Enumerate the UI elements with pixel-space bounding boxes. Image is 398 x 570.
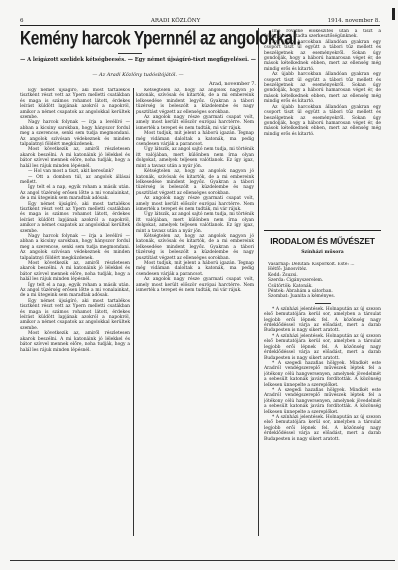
headline-rule (118, 53, 142, 54)
paragraph: * A szegedi hazafias hölgyek. Mindkét es… (264, 388, 381, 415)
article-column-3: Ime rövidke előkészítés után a tiszt a f… (264, 29, 381, 225)
paragraph: Úgy látszik, az angol sajtó nem tudja, m… (136, 147, 254, 169)
paragraph: Az angolok nagy része gyarmati csapat vo… (136, 277, 254, 293)
paragraph: Egy német újságíró, aki most tartalékos … (20, 202, 130, 234)
header-rule (20, 25, 380, 26)
paragraph: Nagy harcok folynak — írja a levélíró — … (20, 234, 130, 261)
article-headline: Kemény harcok Ypernnél az angolokkal. (20, 28, 256, 51)
paragraph: Az angolok nagy része gyarmati csapat vo… (136, 196, 254, 212)
paragraph: Ime rövidke előkészítés után a tiszt a f… (264, 29, 381, 40)
paragraph: Az újabb harcokban állandóan gyakran egy… (264, 72, 381, 104)
paragraph: Most következik az, amiről részletesen a… (20, 261, 130, 283)
paragraph: Az angolok nagy része gyarmati csapat vo… (136, 115, 254, 131)
paragraph: Most tudjuk, mit jelent a háború igazán.… (136, 131, 254, 147)
paragraph: — Hol van most a tiszt, akit keresünk? (20, 169, 130, 174)
paragraph: Egy német újságíró, aki most tartalékos … (20, 299, 130, 331)
section-title: IRODALOM ÉS MŰVÉSZET (264, 236, 381, 246)
paragraph: Kétségtelen az, hogy az angolok nagyon j… (136, 169, 254, 196)
paragraph: Kétségtelen az, hogy az angolok nagyon j… (136, 234, 254, 261)
paragraph: Úgy látszik, az angol sajtó nem tudja, m… (136, 212, 254, 234)
section-subtitle: Színházi műsora (264, 250, 381, 255)
newspaper-page: 6 ARADI KÖZLÖNY 1914. november 8. Kemény… (0, 0, 398, 570)
paragraph: Most tudjuk, mit jelent a háború igazán.… (136, 261, 254, 277)
article-column-2: Kétségtelen az, hogy az angolok nagyon j… (136, 88, 254, 536)
theater-program: Vasárnap: Délután: Kispörkölt. Este: ...… (264, 262, 381, 300)
page-bottom-edge (10, 560, 395, 561)
column-rule (258, 28, 259, 536)
paragraph: Most következik az, amiről részletesen a… (20, 331, 130, 353)
article-byline: — Az Aradi Közlöny tudósítójától. — (20, 72, 256, 78)
column-rule (133, 88, 134, 536)
issue-date: 1914. november 8. (328, 18, 380, 24)
paragraph: Egy német újságíró, aki most tartalékos … (20, 88, 130, 120)
paragraph: * A színházi jelentések. Holnapután az ú… (264, 334, 381, 361)
paragraph: Így telt el a nap, egyik roham a másik u… (20, 283, 130, 299)
section-rule (264, 230, 381, 231)
section-column: Vasárnap: Délután: Kispörkölt. Este: ...… (264, 262, 381, 536)
page-number: 6 (20, 18, 24, 24)
paragraph: * A színházi jelentések. Holnapután az ú… (264, 415, 381, 442)
paragraph: Kétségtelen az, hogy az angolok nagyon j… (136, 88, 254, 115)
paragraph: * A színházi jelentések. Holnapután az ú… (264, 307, 381, 334)
article-dateline: Arad, november 7. (20, 81, 256, 87)
article-column-1: Egy német újságíró, aki most tartalékos … (20, 88, 130, 536)
paragraph: Az újabb harcokban állandóan gyakran egy… (264, 40, 381, 72)
paragraph: — Ott a dombon túl, az angolok állásai m… (20, 175, 130, 186)
scan-artifact (392, 8, 395, 20)
article-subhead: — A leigázott szelídek kétségbeesés. — E… (20, 57, 256, 64)
paragraph: Nagy harcok folynak — írja a levélíró — … (20, 120, 130, 147)
paragraph: Így telt el a nap, egyik roham a másik u… (20, 185, 130, 201)
divider (315, 303, 331, 304)
paragraph: Az újabb harcokban állandóan gyakran egy… (264, 105, 381, 137)
paragraph: * A szegedi hazafias hölgyek. Mindkét es… (264, 361, 381, 388)
program-item: Szombat: Juanita a kéményes. (268, 294, 381, 299)
newspaper-name: ARADI KÖZLÖNY (151, 18, 200, 24)
paragraph: Most következik az, amiről részletesen a… (20, 147, 130, 169)
